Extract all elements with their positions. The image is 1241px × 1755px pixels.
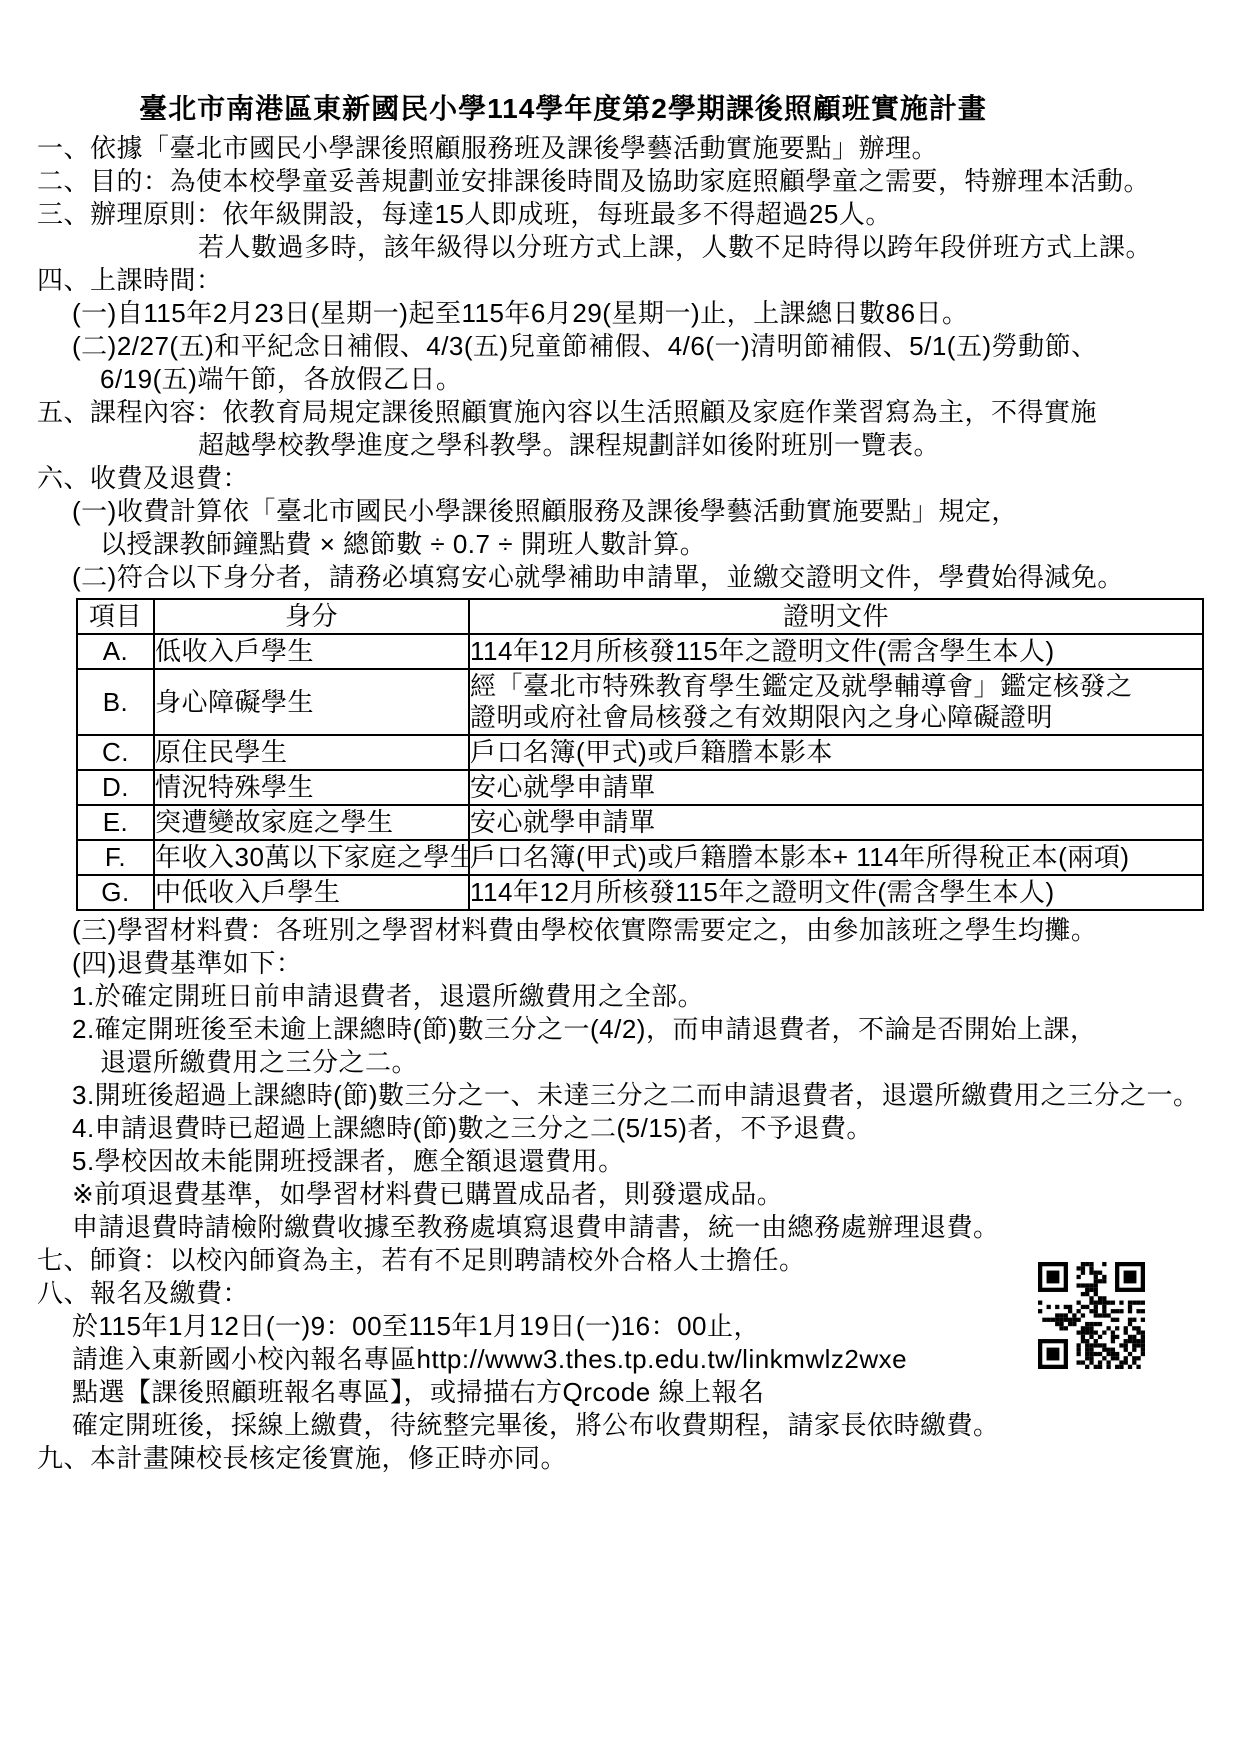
doc-line: 二、目的：為使本校學童妥善規劃並安排課後時間及協助家庭照顧學童之需要，特辦理本活… xyxy=(37,165,1209,198)
doc-line: 若人數過多時，該年級得以分班方式上課，人數不足時得以跨年段併班方式上課。 xyxy=(37,231,1209,264)
doc-line-registration: 請進入東新國小校內報名專區http://www3.thes.tp.edu.tw/… xyxy=(37,1343,1209,1376)
doc-line: 3.開班後超過上課總時(節)數三分之一、未達三分之二而申請退費者，退還所繳費用之… xyxy=(37,1079,1209,1112)
doc-line: 一、依據「臺北市國民小學課後照顧服務班及課後學藝活動實施要點」辦理。 xyxy=(37,132,1209,165)
cell-item-id: B. xyxy=(77,669,154,735)
cell-document: 戶口名簿(甲式)或戶籍謄本影本+ 114年所得稅正本(兩項) xyxy=(469,840,1203,875)
cell-document: 戶口名簿(甲式)或戶籍謄本影本 xyxy=(469,735,1203,770)
cell-item-id: D. xyxy=(77,770,154,805)
cell-item-id: G. xyxy=(77,875,154,910)
doc-line: 八、報名及繳費： xyxy=(37,1277,1209,1310)
doc-line: (一)自115年2月23日(星期一)起至115年6月29(星期一)止，上課總日數… xyxy=(37,297,1209,330)
doc-line: 於115年1月12日(一)9：00至115年1月19日(一)16：00止， xyxy=(37,1310,1209,1343)
table-row: F. 年收入30萬以下家庭之學生 戶口名簿(甲式)或戶籍謄本影本+ 114年所得… xyxy=(77,840,1203,875)
doc-line: 2.確定開班後至未逾上課總時(節)數三分之一(4/2)，而申請退費者，不論是否開… xyxy=(37,1013,1209,1046)
doc-line: 五、課程內容：依教育局規定課後照顧實施內容以生活照顧及家庭作業習寫為主，不得實施 xyxy=(37,396,1209,429)
fee-exemption-table: 項目 身分 證明文件 A. 低收入戶學生 114年12月所核發115年之證明文件… xyxy=(76,598,1204,911)
cell-identity: 情況特殊學生 xyxy=(154,770,469,805)
doc-line: 七、師資：以校內師資為主，若有不足則聘請校外合格人士擔任。 xyxy=(37,1244,1209,1277)
qrcode-image xyxy=(1038,1262,1145,1369)
cell-document-line: 證明或府社會局核發之有效期限內之身心障礙證明 xyxy=(470,702,1202,733)
doc-line: 確定開班後，採線上繳費，待統整完畢後，將公布收費期程，請家長依時繳費。 xyxy=(37,1409,1209,1442)
table-row: B. 身心障礙學生 經「臺北市特殊教育學生鑑定及就學輔導會」鑑定核發之 證明或府… xyxy=(77,669,1203,735)
page-title: 臺北市南港區東新國民小學114學年度第2學期課後照顧班實施計畫 xyxy=(37,90,1089,127)
doc-line: (一)收費計算依「臺北市國民小學課後照顧服務及課後學藝活動實施要點」規定， xyxy=(37,495,1209,528)
doc-line: (二)符合以下身分者，請務必填寫安心就學補助申請單，並繳交證明文件，學費始得減免… xyxy=(37,561,1209,594)
cell-document: 114年12月所核發115年之證明文件(需含學生本人) xyxy=(469,875,1203,910)
column-header-document: 證明文件 xyxy=(469,599,1203,634)
table-row: A. 低收入戶學生 114年12月所核發115年之證明文件(需含學生本人) xyxy=(77,634,1203,669)
cell-document-line: 經「臺北市特殊教育學生鑑定及就學輔導會」鑑定核發之 xyxy=(470,671,1202,702)
doc-line: 點選【課後照顧班報名專區】，或掃描右方Qrcode 線上報名 xyxy=(37,1376,1209,1409)
document-page: 臺北市南港區東新國民小學114學年度第2學期課後照顧班實施計畫 一、依據「臺北市… xyxy=(0,0,1241,1755)
doc-line: 6/19(五)端午節，各放假乙日。 xyxy=(37,363,1209,396)
doc-line: (四)退費基準如下： xyxy=(37,947,1209,980)
table-row: D. 情況特殊學生 安心就學申請單 xyxy=(77,770,1203,805)
cell-identity: 原住民學生 xyxy=(154,735,469,770)
doc-line: 5.學校因故未能開班授課者，應全額退還費用。 xyxy=(37,1145,1209,1178)
table-row: G. 中低收入戶學生 114年12月所核發115年之證明文件(需含學生本人) xyxy=(77,875,1203,910)
doc-line: ※前項退費基準，如學習材料費已購置成品者，則發還成品。 xyxy=(37,1178,1209,1211)
cell-document: 114年12月所核發115年之證明文件(需含學生本人) xyxy=(469,634,1203,669)
doc-line: 四、上課時間： xyxy=(37,264,1209,297)
cell-identity: 中低收入戶學生 xyxy=(154,875,469,910)
cell-item-id: A. xyxy=(77,634,154,669)
cell-item-id: F. xyxy=(77,840,154,875)
document-body: 臺北市南港區東新國民小學114學年度第2學期課後照顧班實施計畫 一、依據「臺北市… xyxy=(37,90,1209,1475)
doc-line: 1.於確定開班日前申請退費者，退還所繳費用之全部。 xyxy=(37,980,1209,1013)
doc-line: (三)學習材料費：各班別之學習材料費由學校依實際需要定之，由參加該班之學生均攤。 xyxy=(37,914,1209,947)
doc-line: (二)2/27(五)和平紀念日補假、4/3(五)兒童節補假、4/6(一)清明節補… xyxy=(37,330,1209,363)
doc-line: 超越學校教學進度之學科教學。課程規劃詳如後附班別一覽表。 xyxy=(37,429,1209,462)
doc-line: 以授課教師鐘點費 × 總節數 ÷ 0.7 ÷ 開班人數計算。 xyxy=(37,528,1209,561)
doc-line: 九、本計畫陳校長核定後實施，修正時亦同。 xyxy=(37,1442,1209,1475)
registration-url[interactable]: http://www3.thes.tp.edu.tw/linkmwlz2wxe xyxy=(417,1344,908,1374)
cell-identity: 身心障礙學生 xyxy=(154,669,469,735)
cell-item-id: C. xyxy=(77,735,154,770)
doc-line: 六、收費及退費： xyxy=(37,462,1209,495)
table-row: C. 原住民學生 戶口名簿(甲式)或戶籍謄本影本 xyxy=(77,735,1203,770)
cell-identity: 年收入30萬以下家庭之學生 xyxy=(154,840,469,875)
cell-document: 經「臺北市特殊教育學生鑑定及就學輔導會」鑑定核發之 證明或府社會局核發之有效期限… xyxy=(469,669,1203,735)
table-row: E. 突遭變故家庭之學生 安心就學申請單 xyxy=(77,805,1203,840)
cell-identity: 突遭變故家庭之學生 xyxy=(154,805,469,840)
cell-identity: 低收入戶學生 xyxy=(154,634,469,669)
doc-line: 三、辦理原則：依年級開設，每達15人即成班，每班最多不得超過25人。 xyxy=(37,198,1209,231)
doc-line: 退還所繳費用之三分之二。 xyxy=(37,1046,1209,1079)
cell-item-id: E. xyxy=(77,805,154,840)
table-header-row: 項目 身分 證明文件 xyxy=(77,599,1203,634)
column-header-item: 項目 xyxy=(77,599,154,634)
registration-url-prefix: 請進入東新國小校內報名專區 xyxy=(72,1344,417,1374)
doc-line: 4.申請退費時已超過上課總時(節)數之三分之二(5/15)者，不予退費。 xyxy=(37,1112,1209,1145)
doc-line: 申請退費時請檢附繳費收據至教務處填寫退費申請書，統一由總務處辦理退費。 xyxy=(37,1211,1209,1244)
column-header-identity: 身分 xyxy=(154,599,469,634)
cell-document: 安心就學申請單 xyxy=(469,805,1203,840)
cell-document: 安心就學申請單 xyxy=(469,770,1203,805)
